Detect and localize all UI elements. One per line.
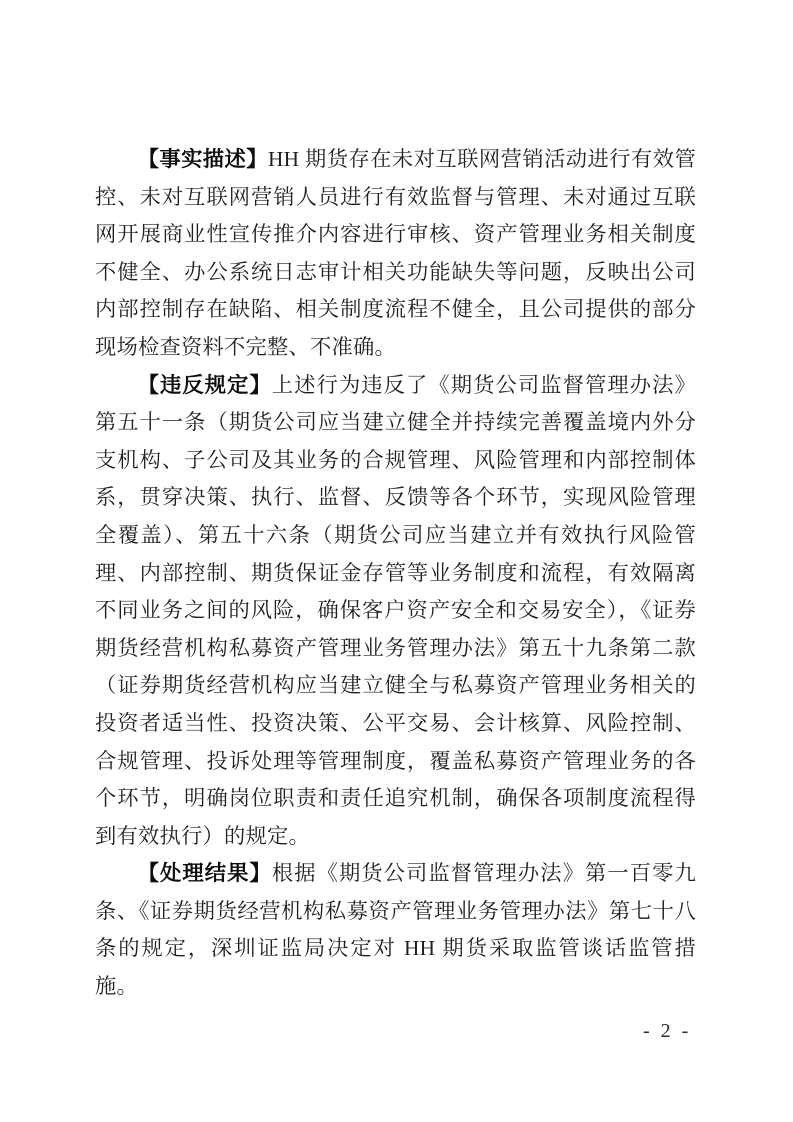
document-body: 【事实描述】HH 期货存在未对互联网营销活动进行有效管控、未对互联网营销人员进行… bbox=[95, 141, 696, 1006]
document-page: 【事实描述】HH 期货存在未对互联网营销活动进行有效管控、未对互联网营销人员进行… bbox=[0, 0, 793, 1122]
paragraph-fact-description: 【事实描述】HH 期货存在未对互联网营销活动进行有效管控、未对互联网营销人员进行… bbox=[95, 141, 696, 367]
page-number: - 2 - bbox=[643, 1019, 691, 1043]
paragraph-result: 【处理结果】根据《期货公司监督管理办法》第一百零九条、《证券期货经营机构私募资产… bbox=[95, 855, 696, 1005]
paragraph-label-violation: 【违反规定】 bbox=[138, 373, 272, 397]
paragraph-violation: 【违反规定】上述行为违反了《期货公司监督管理办法》第五十一条（期货公司应当建立健… bbox=[95, 367, 696, 856]
paragraph-label-fact: 【事实描述】 bbox=[138, 147, 268, 171]
paragraph-text-violation: 上述行为违反了《期货公司监督管理办法》第五十一条（期货公司应当建立健全并持续完善… bbox=[95, 373, 696, 848]
paragraph-label-result: 【处理结果】 bbox=[138, 861, 272, 885]
paragraph-text-fact: HH 期货存在未对互联网营销活动进行有效管控、未对互联网营销人员进行有效监督与管… bbox=[95, 147, 696, 359]
